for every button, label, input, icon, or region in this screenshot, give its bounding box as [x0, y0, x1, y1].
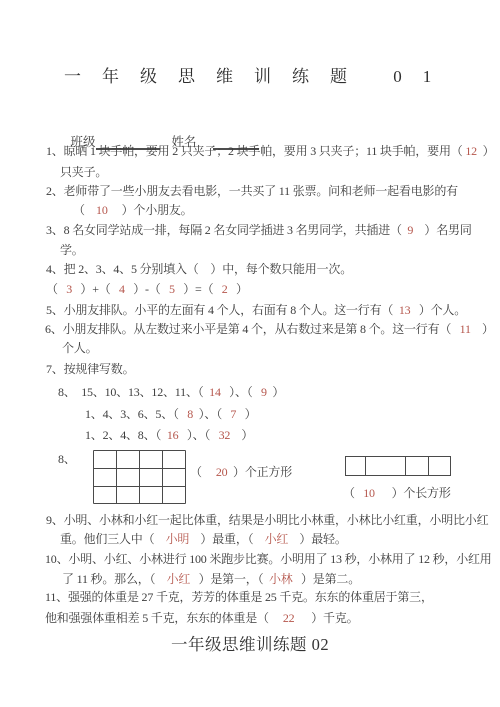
answer-text: 32 [219, 428, 231, 442]
q2-text-line1: 2、老师带了一些小朋友去看电影，一共买了 11 张票。问和老师一起看电影的有 [46, 184, 458, 199]
question-text: ）个正方形 [227, 465, 292, 479]
q9-text-line2: 重。他们三人中（ 小明 ）最重，（ 小红 ）最轻。 [60, 532, 347, 547]
question-text: （ [190, 465, 216, 479]
answer-text: 10 [96, 203, 108, 217]
q5-text: 5、小朋友排队。小平的左面有 4 个人，右面有 8 个人。这一行有（ 13 ）个… [46, 303, 466, 318]
q1-text-line1: 1、晾晒 1 块手帕，要用 2 只夹子；2 块手帕，要用 3 只夹子；11 块手… [46, 144, 494, 159]
question-text: ） [230, 428, 253, 442]
answer-text: 12 [465, 144, 477, 158]
q4-equation: （ 3 ）+（ 4 ）-（ 5 ）=（ 2 ） [46, 282, 248, 297]
question-text: ）是第一，（ [190, 572, 269, 586]
question-text: ）千克。 [294, 611, 358, 625]
answer-text: 22 [283, 611, 295, 625]
q6-text-line2: 个人。 [62, 341, 97, 356]
q11-text-line2: 他和强强体重相差 5 千克，东东的体重是（ 22 ）千克。 [45, 611, 358, 626]
question-text: ）+（ [72, 282, 119, 296]
answer-text: 小林 [269, 572, 293, 586]
q8-sequence-3: 1、2、4、8、（ 16 ）、（ 32 ） [85, 428, 253, 443]
question-text: 1、4、3、6、5、（ [85, 407, 187, 421]
rectangles-count-caption: （ 10 ）个长方形 [343, 486, 451, 501]
question-text: ） [477, 144, 494, 158]
question-text: 只夹子。 [60, 165, 107, 179]
answer-text: 14 [209, 385, 221, 399]
q8-sequence-2: 1、4、3、6、5、（ 8 ）、（ 7 ） [85, 407, 256, 422]
question-text: ）、（ [193, 407, 230, 421]
answer-text: 13 [399, 303, 411, 317]
question-text: 2、老师带了一些小朋友去看电影，一共买了 11 张票。问和老师一起看电影的有 [46, 184, 458, 198]
q2-text-line2: （ 10 ）个小朋友。 [73, 203, 192, 218]
question-text: ）-（ [125, 282, 169, 296]
answer-text: 小红 [167, 572, 191, 586]
q6-text-line1: 6、小朋友排队。从左数过来小平是第 4 个，从右数过来是第 8 个。这一行有（ … [45, 322, 494, 337]
question-text: ）、（ [221, 385, 261, 399]
question-text: 1、2、4、8、（ [85, 428, 167, 442]
question-text: 学。 [60, 243, 84, 257]
question-text: 1、晾晒 1 块手帕，要用 2 只夹子；2 块手帕，要用 3 只夹子；11 块手… [46, 144, 465, 158]
q4-text-line1: 4、把 2、3、4、5 分别填入（ ）中，每个数只能用一次。 [46, 262, 352, 277]
q11-text-line1: 11、强强的体重是 27 千克，芳芳的体重是 25 千克。东东的体重居于第三， [45, 590, 433, 605]
page-title: 一年级思维训练题 01 [64, 62, 452, 87]
question-text: ）最轻。 [288, 532, 346, 546]
question-text: 10、小明、小红、小林进行 100 米跑步比赛。小明用了 13 秒，小林用了 1… [45, 552, 492, 566]
question-text: 7、按规律写数。 [46, 362, 134, 376]
question-text: 5、小朋友排队。小平的左面有 4 个人，右面有 8 个人。这一行有（ [46, 303, 399, 317]
q1-text-line2: 只夹子。 [60, 165, 107, 180]
q10-text-line1: 10、小明、小红、小林进行 100 米跑步比赛。小明用了 13 秒，小林用了 1… [45, 552, 492, 567]
question-text: ）是第二。 [293, 572, 360, 586]
answer-text: 10 [363, 486, 375, 500]
question-text: 6、小朋友排队。从左数过来小平是第 4 个，从右数过来是第 8 个。这一行有（ [45, 322, 460, 336]
question-text: 4、把 2、3、4、5 分别填入（ ）中，每个数只能用一次。 [46, 262, 352, 276]
answer-text: 11 [460, 322, 471, 336]
question-text: 11、强强的体重是 27 千克，芳芳的体重是 25 千克。东东的体重居于第三， [45, 590, 433, 604]
q10-text-line2: 了 11 秒。那么，（ 小红 ）是第一，（ 小林 ）是第二。 [62, 572, 360, 587]
question-text: 了 11 秒。那么，（ [62, 572, 167, 586]
footer-title: 一年级思维训练题 02 [0, 631, 500, 655]
question-text: 8、 15、10、13、12、11、（ [58, 385, 209, 399]
question-text: ）个小朋友。 [108, 203, 193, 217]
squares-grid-figure [93, 450, 186, 504]
q3-text-line2: 学。 [60, 243, 84, 258]
question-text: ） [236, 407, 256, 421]
question-text: 个人。 [62, 341, 97, 355]
answer-text: 16 [167, 428, 179, 442]
worksheet-page: 一年级思维训练题 01 班级姓名 1、晾晒 1 块手帕，要用 2 只夹子；2 块… [0, 0, 500, 707]
q3-text-line1: 3、8 名女同学站成一排，每隔 2 名女同学插进 3 名男同学，共插进（ 9 ）… [46, 223, 472, 238]
question-text: 重。他们三人中（ [60, 532, 166, 546]
question-text: （ [73, 203, 96, 217]
question-text: （ [343, 486, 363, 500]
question-text: ）名男同 [413, 223, 471, 237]
question-text: ）最重，（ [189, 532, 264, 546]
q8-sequence-1: 8、 15、10、13、12、11、（ 14 ）、（ 9 ） [58, 385, 284, 400]
question-text: ） [471, 322, 494, 336]
squares-count-caption: （ 20 ）个正方形 [190, 465, 292, 480]
q9-text-line1: 9、小明、小林和小红一起比体重，结果是小明比小林重，小林比小红重，小明比小红 [46, 513, 488, 528]
answer-text: 小红 [265, 532, 289, 546]
question-text: ）个长方形 [375, 486, 451, 500]
q7-text: 7、按规律写数。 [46, 362, 134, 377]
question-text: ）、（ [178, 428, 218, 442]
q8b-label: 8、 [58, 452, 76, 467]
question-text: ） [228, 282, 248, 296]
question-text: （ [46, 282, 66, 296]
question-text: 3、8 名女同学站成一排，每隔 2 名女同学插进 3 名男同学，共插进（ [46, 223, 407, 237]
answer-text: 20 [216, 465, 228, 479]
rectangles-figure [345, 456, 451, 476]
question-text: ）=（ [175, 282, 222, 296]
question-text: ） [267, 385, 284, 399]
answer-text: 小明 [166, 532, 190, 546]
question-text: 他和强强体重相差 5 千克，东东的体重是（ [45, 611, 283, 625]
question-text: 9、小明、小林和小红一起比体重，结果是小明比小林重，小林比小红重，小明比小红 [46, 513, 488, 527]
question-text: ）个人。 [410, 303, 466, 317]
